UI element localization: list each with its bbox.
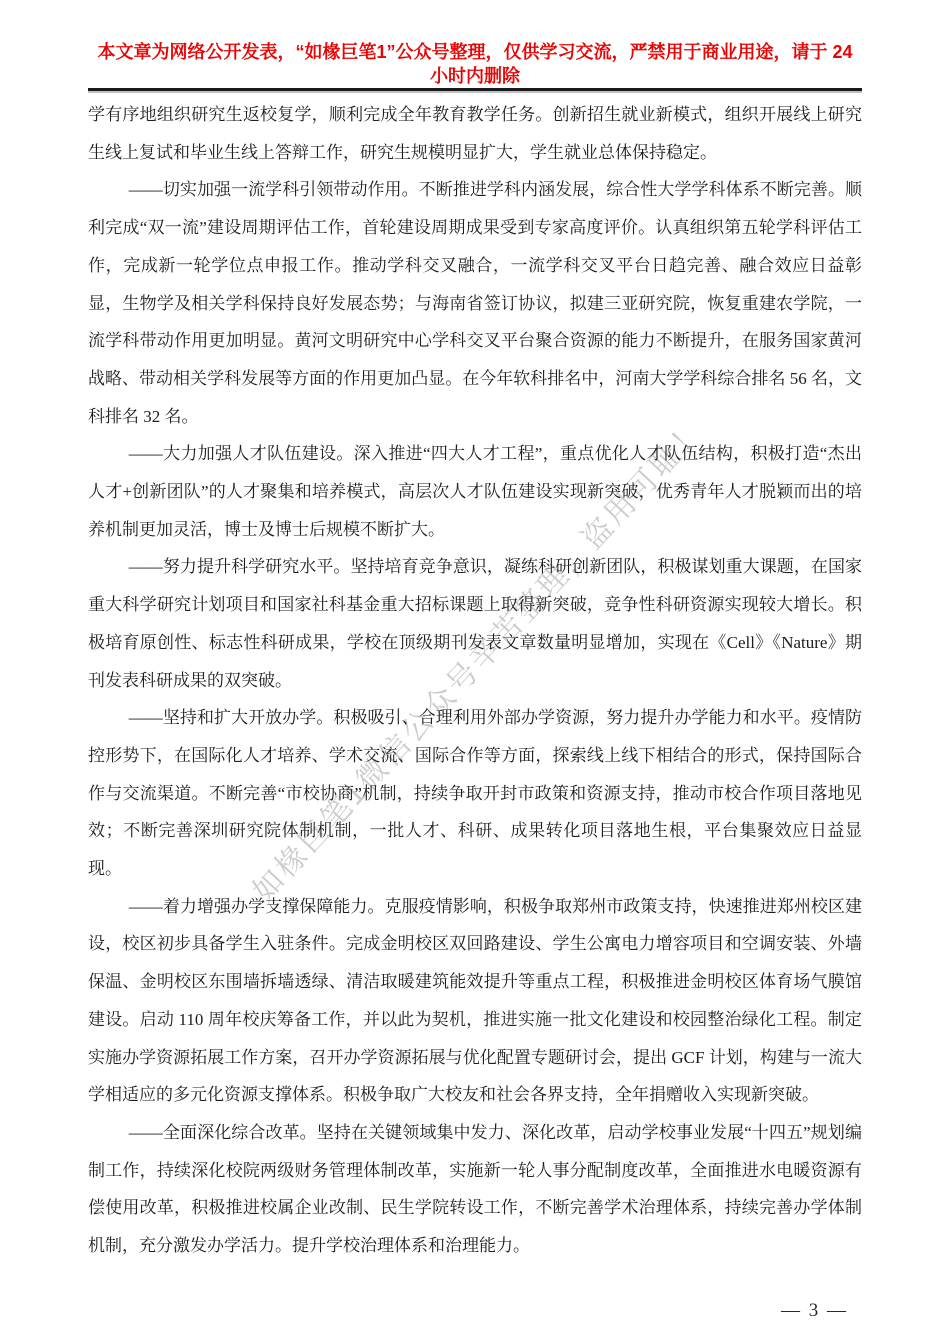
paragraph: ——大力加强人才队伍建设。深入推进“四大人才工程”，重点优化人才队伍结构，积极打…	[88, 435, 862, 548]
paragraph: ——努力提升科学研究水平。坚持培育竞争意识，凝练科研创新团队，积极谋划重大课题，…	[88, 548, 862, 699]
paragraph: ——坚持和扩大开放办学。积极吸引、合理利用外部办学资源，努力提升办学能力和水平。…	[88, 699, 862, 888]
paragraph: ——全面深化综合改革。坚持在关键领域集中发力、深化改革，启动学校事业发展“十四五…	[88, 1114, 862, 1265]
copyright-notice: 本文章为网络公开发表，“如椽巨笔1”公众号整理，仅供学习交流，严禁用于商业用途，…	[88, 40, 862, 88]
paragraph: 学有序地组织研究生返校复学，顺利完成全年教育教学任务。创新招生就业新模式，组织开…	[88, 96, 862, 171]
paragraph: ——着力增强办学支撑保障能力。克服疫情影响，积极争取郑州市政策支持，快速推进郑州…	[88, 888, 862, 1114]
page-number: — 3 —	[781, 1300, 848, 1322]
document-body: 学有序地组织研究生返校复学，顺利完成全年教育教学任务。创新招生就业新模式，组织开…	[88, 96, 862, 1265]
document-page: 本文章为网络公开发表，“如椽巨笔1”公众号整理，仅供学习交流，严禁用于商业用途，…	[0, 0, 950, 1344]
paragraph: ——切实加强一流学科引领带动作用。不断推进学科内涵发展，综合性大学学科体系不断完…	[88, 171, 862, 435]
header-divider	[88, 88, 862, 91]
